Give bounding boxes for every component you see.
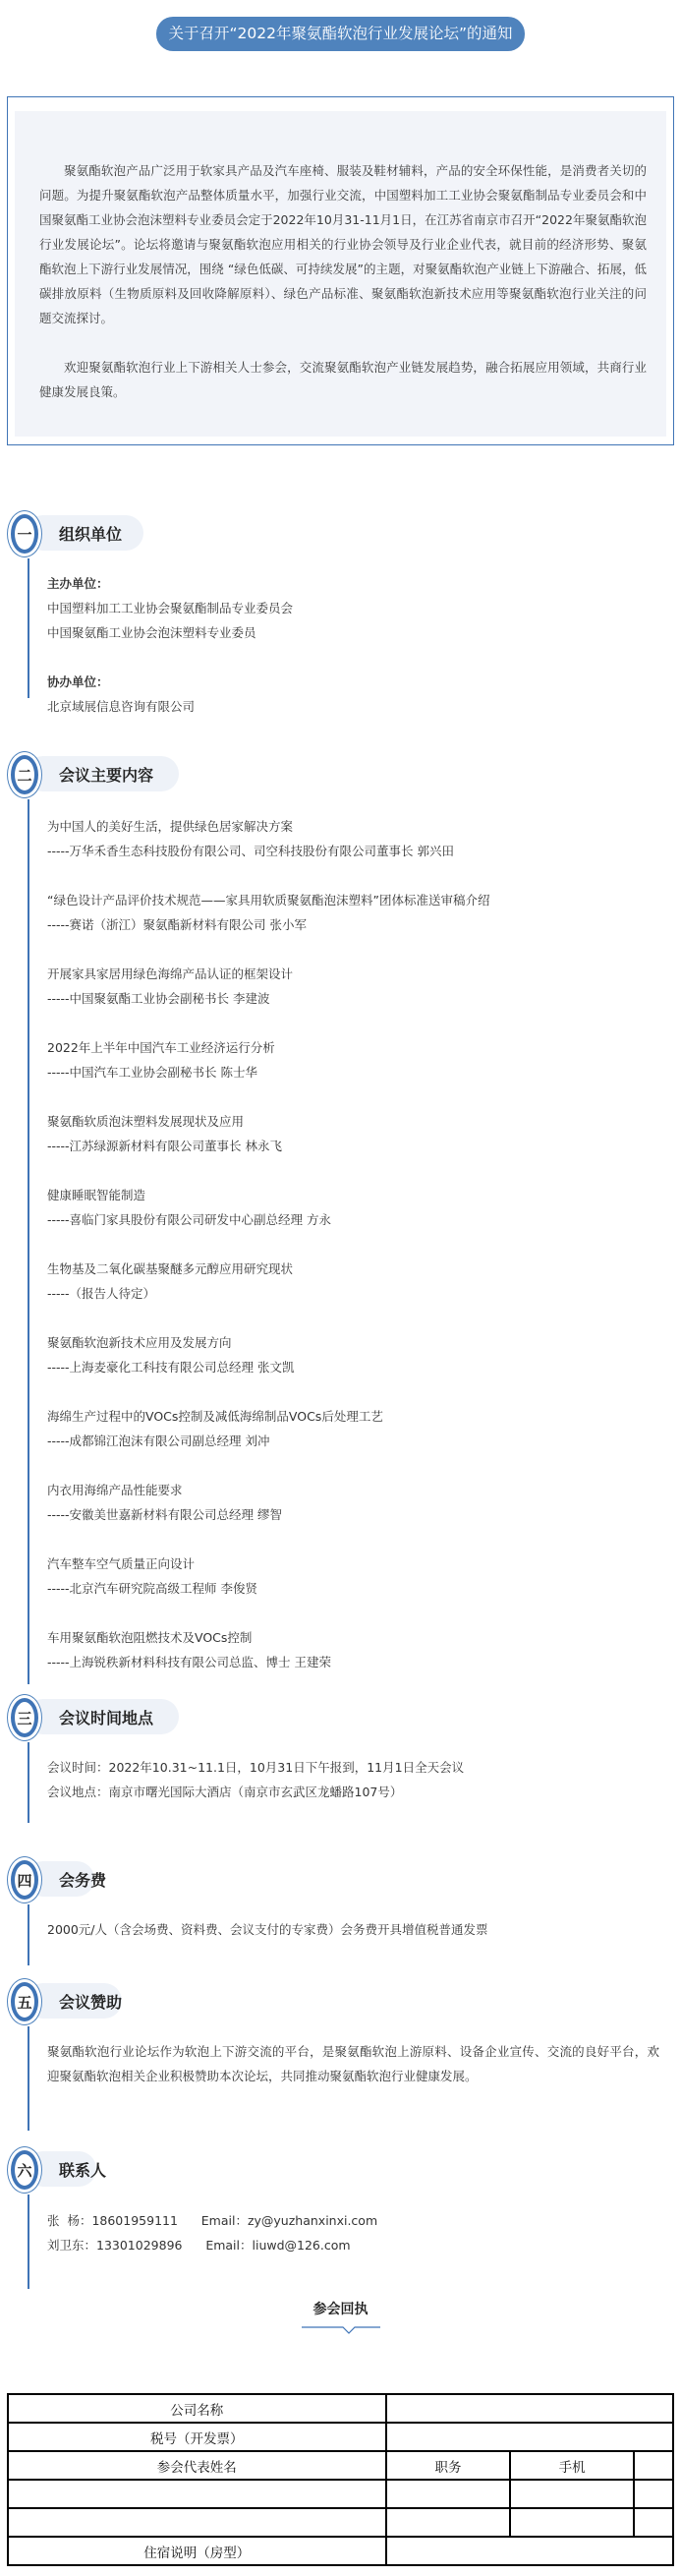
- rep-name-header: 参会代表姓名: [8, 2451, 386, 2480]
- section-title: 会务费: [59, 1868, 106, 1891]
- intro-paragraph: 欢迎聚氨酯软泡行业上下游相关人士参会，交流聚氨酯软泡产业链发展趋势，融合拓展应用…: [39, 355, 647, 404]
- talk-speaker: -----江苏绿源新材料有限公司董事长 林永飞: [47, 1134, 659, 1158]
- talk-speaker: -----喜临门家具股份有限公司研发中心副总经理 方永: [47, 1207, 659, 1232]
- intro-paragraph: 聚氨酯软泡产品广泛用于软家具产品及汽车座椅、服装及鞋材辅料，产品的安全环保性能，…: [39, 158, 647, 330]
- talk-topic: 为中国人的美好生活，提供绿色居家解决方案: [47, 814, 659, 839]
- tax-input[interactable]: [386, 2423, 673, 2451]
- host-item: 中国塑料加工工业协会聚氨酯制品专业委员会: [47, 596, 659, 620]
- agenda-item: 汽车整车空气质量正向设计-----北京汽车研究院高级工程师 李俊贤: [47, 1551, 659, 1601]
- rep-name-input[interactable]: [8, 2480, 386, 2508]
- talk-topic: 海绵生产过程中的VOCs控制及减低海绵制品VOCs后处理工艺: [47, 1404, 659, 1429]
- position-header: 职务: [386, 2451, 511, 2480]
- talk-speaker: -----上海锐秩新材料科技有限公司总监、博士 王建荣: [47, 1650, 659, 1674]
- section-number: 五: [11, 1982, 38, 2021]
- section-number: 二: [11, 755, 38, 794]
- intro-panel: 聚氨酯软泡产品广泛用于软家具产品及汽车座椅、服装及鞋材辅料，产品的安全环保性能，…: [7, 96, 674, 445]
- contact-list: 张 杨：18601959111 Email：zy@yuzhanxinxi.com…: [0, 2195, 681, 2257]
- phone-input[interactable]: [510, 2480, 634, 2508]
- extra-header: [634, 2451, 673, 2480]
- talk-speaker: -----上海麦豪化工科技有限公司总经理 张文凯: [47, 1355, 659, 1379]
- meeting-place: 会议地点：南京市曙光国际大酒店（南京市玄武区龙蟠路107号）: [47, 1780, 659, 1804]
- agenda-item: 海绵生产过程中的VOCs控制及减低海绵制品VOCs后处理工艺-----成都锦江泡…: [47, 1404, 659, 1453]
- extra-input[interactable]: [634, 2508, 673, 2537]
- agenda-item: 健康睡眠智能制造-----喜临门家具股份有限公司研发中心副总经理 方永: [47, 1183, 659, 1232]
- lodging-label: 住宿说明（房型）: [8, 2537, 386, 2565]
- underline-decoration-icon: [302, 2325, 380, 2335]
- section-number-badge: 四: [7, 1856, 42, 1903]
- section-body: 主办单位： 中国塑料加工工业协会聚氨酯制品专业委员会 中国聚氨酯工业协会泡沫塑料…: [0, 558, 681, 719]
- phone-header: 手机: [510, 2451, 634, 2480]
- company-label: 公司名称: [8, 2394, 386, 2423]
- fee-text: 2000元/人（含会场费、资料费、会议支付的专家费）会务费开具增值税普通发票: [47, 1917, 659, 1942]
- talk-speaker: -----中国汽车工业协会副秘书长 陈士华: [47, 1060, 659, 1084]
- agenda-item: 生物基及二氧化碳基聚醚多元醇应用研究现状-----（报告人待定）: [47, 1257, 659, 1306]
- form-row-rep: [8, 2508, 673, 2537]
- section-number-badge: 一: [7, 510, 42, 557]
- section-number-badge: 五: [7, 1978, 42, 2025]
- receipt-title: 参会回执: [0, 2299, 681, 2318]
- host-item: 中国聚氨酯工业协会泡沫塑料专业委员: [47, 620, 659, 645]
- section-number-badge: 六: [7, 2146, 42, 2194]
- talk-topic: 车用聚氨酯软泡阻燃技术及VOCs控制: [47, 1625, 659, 1650]
- meeting-time: 会议时间：2022年10.31~11.1日，10月31日下午报到，11月1日全天…: [47, 1755, 659, 1780]
- talk-topic: 2022年上半年中国汽车工业经济运行分析: [47, 1035, 659, 1060]
- lodging-input[interactable]: [386, 2537, 673, 2565]
- talk-speaker: -----成都锦江泡沫有限公司副总经理 刘冲: [47, 1429, 659, 1453]
- section-body: 2000元/人（含会场费、资料费、会议支付的专家费）会务费开具增值税普通发票: [0, 1904, 681, 1942]
- host-label: 主办单位：: [47, 571, 659, 596]
- section-body: 聚氨酯软泡行业论坛作为软泡上下游交流的平台，是聚氨酯软泡上游原料、设备企业宣传、…: [0, 2026, 681, 2088]
- agenda-item: 聚氨酯软泡新技术应用及发展方向-----上海麦豪化工科技有限公司总经理 张文凯: [47, 1330, 659, 1379]
- form-row-lodging: 住宿说明（房型）: [8, 2537, 673, 2565]
- talk-topic: 内衣用海绵产品性能要求: [47, 1478, 659, 1502]
- position-input[interactable]: [386, 2480, 511, 2508]
- header: 关于召开“2022年聚氨酯软泡行业发展论坛”的通知: [0, 17, 681, 51]
- intro-content: 聚氨酯软泡产品广泛用于软家具产品及汽车座椅、服装及鞋材辅料，产品的安全环保性能，…: [15, 111, 666, 437]
- section-title: 组织单位: [59, 522, 122, 545]
- agenda-item: 为中国人的美好生活，提供绿色居家解决方案-----万华禾香生态科技股份有限公司、…: [47, 814, 659, 863]
- talk-speaker: -----中国聚氨酯工业协会副秘书长 李建波: [47, 986, 659, 1011]
- agenda-list: 为中国人的美好生活，提供绿色居家解决方案-----万华禾香生态科技股份有限公司、…: [0, 799, 681, 1674]
- section-number-badge: 二: [7, 751, 42, 798]
- section-time-place: 三 会议时间地点 会议时间：2022年10.31~11.1日，10月31日下午报…: [0, 1693, 681, 1804]
- talk-speaker: -----赛诺（浙江）聚氨酯新材料有限公司 张小军: [47, 912, 659, 937]
- section-header: 三 会议时间地点: [0, 1693, 681, 1742]
- rep-name-input[interactable]: [8, 2508, 386, 2537]
- section-contacts: 六 联系人 张 杨：18601959111 Email：zy@yuzhanxin…: [0, 2145, 681, 2257]
- section-agenda: 二 会议主要内容 为中国人的美好生活，提供绿色居家解决方案-----万华禾香生态…: [0, 750, 681, 1674]
- talk-topic: 生物基及二氧化碳基聚醚多元醇应用研究现状: [47, 1257, 659, 1281]
- form-row-tax: 税号（开发票）: [8, 2423, 673, 2451]
- form-row-header: 参会代表姓名 职务 手机: [8, 2451, 673, 2480]
- section-number-badge: 三: [7, 1694, 42, 1741]
- form-row-company: 公司名称: [8, 2394, 673, 2423]
- tax-label: 税号（开发票）: [8, 2423, 386, 2451]
- talk-topic: 汽车整车空气质量正向设计: [47, 1551, 659, 1576]
- form-row-rep: [8, 2480, 673, 2508]
- section-number: 六: [11, 2150, 38, 2190]
- section-sponsorship: 五 会议赞助 聚氨酯软泡行业论坛作为软泡上下游交流的平台，是聚氨酯软泡上游原料、…: [0, 1977, 681, 2088]
- contact-person[interactable]: 刘卫东：13301029896 Email：liuwd@126.com: [47, 2233, 659, 2257]
- section-number: 一: [11, 514, 38, 554]
- section-title: 会议赞助: [59, 1990, 122, 2013]
- section-header: 二 会议主要内容: [0, 750, 681, 799]
- section-header: 一 组织单位: [0, 509, 681, 558]
- section-fee: 四 会务费 2000元/人（含会场费、资料费、会议支付的专家费）会务费开具增值税…: [0, 1855, 681, 1942]
- extra-input[interactable]: [634, 2480, 673, 2508]
- agenda-item: 开展家具家居用绿色海绵产品认证的框架设计-----中国聚氨酯工业协会副秘书长 李…: [47, 962, 659, 1011]
- agenda-item: 聚氨酯软质泡沫塑料发展现状及应用-----江苏绿源新材料有限公司董事长 林永飞: [47, 1109, 659, 1158]
- company-input[interactable]: [386, 2394, 673, 2423]
- cohost-label: 协办单位：: [47, 670, 659, 694]
- cohost-item: 北京域展信息咨询有限公司: [47, 694, 659, 719]
- section-header: 四 会务费: [0, 1855, 681, 1904]
- position-input[interactable]: [386, 2508, 511, 2537]
- sponsor-text: 聚氨酯软泡行业论坛作为软泡上下游交流的平台，是聚氨酯软泡上游原料、设备企业宣传、…: [47, 2039, 659, 2088]
- agenda-item: 内衣用海绵产品性能要求-----安徽美世嘉新材料有限公司总经理 缪智: [47, 1478, 659, 1527]
- agenda-item: “绿色设计产品评价技术规范——家具用软质聚氨酯泡沫塑料”团体标准送审稿介绍---…: [47, 888, 659, 937]
- section-title: 会议时间地点: [59, 1706, 153, 1728]
- contact-person[interactable]: 张 杨：18601959111 Email：zy@yuzhanxinxi.com: [47, 2208, 659, 2233]
- agenda-item: 车用聚氨酯软泡阻燃技术及VOCs控制-----上海锐秩新材料科技有限公司总监、博…: [47, 1625, 659, 1674]
- talk-speaker: -----（报告人待定）: [47, 1281, 659, 1306]
- talk-topic: 健康睡眠智能制造: [47, 1183, 659, 1207]
- section-organizers: 一 组织单位 主办单位： 中国塑料加工工业协会聚氨酯制品专业委员会 中国聚氨酯工…: [0, 509, 681, 719]
- talk-speaker: -----万华禾香生态科技股份有限公司、司空科技股份有限公司董事长 郭兴田: [47, 839, 659, 863]
- talk-topic: 开展家具家居用绿色海绵产品认证的框架设计: [47, 962, 659, 986]
- section-header: 六 联系人: [0, 2145, 681, 2195]
- section-title: 联系人: [59, 2158, 106, 2181]
- section-number: 四: [11, 1860, 38, 1900]
- talk-topic: “绿色设计产品评价技术规范——家具用软质聚氨酯泡沫塑料”团体标准送审稿介绍: [47, 888, 659, 912]
- phone-input[interactable]: [510, 2508, 634, 2537]
- talk-topic: 聚氨酯软泡新技术应用及发展方向: [47, 1330, 659, 1355]
- talk-topic: 聚氨酯软质泡沫塑料发展现状及应用: [47, 1109, 659, 1134]
- talk-speaker: -----北京汽车研究院高级工程师 李俊贤: [47, 1576, 659, 1601]
- agenda-item: 2022年上半年中国汽车工业经济运行分析-----中国汽车工业协会副秘书长 陈士…: [47, 1035, 659, 1084]
- section-title: 会议主要内容: [59, 763, 153, 786]
- section-header: 五 会议赞助: [0, 1977, 681, 2026]
- registration-form: 公司名称 税号（开发票） 参会代表姓名 职务 手机 住宿说明（房型）: [7, 2393, 674, 2566]
- section-body: 会议时间：2022年10.31~11.1日，10月31日下午报到，11月1日全天…: [0, 1742, 681, 1804]
- talk-speaker: -----安徽美世嘉新材料有限公司总经理 缪智: [47, 1502, 659, 1527]
- page-title: 关于召开“2022年聚氨酯软泡行业发展论坛”的通知: [156, 17, 524, 51]
- section-number: 三: [11, 1698, 38, 1737]
